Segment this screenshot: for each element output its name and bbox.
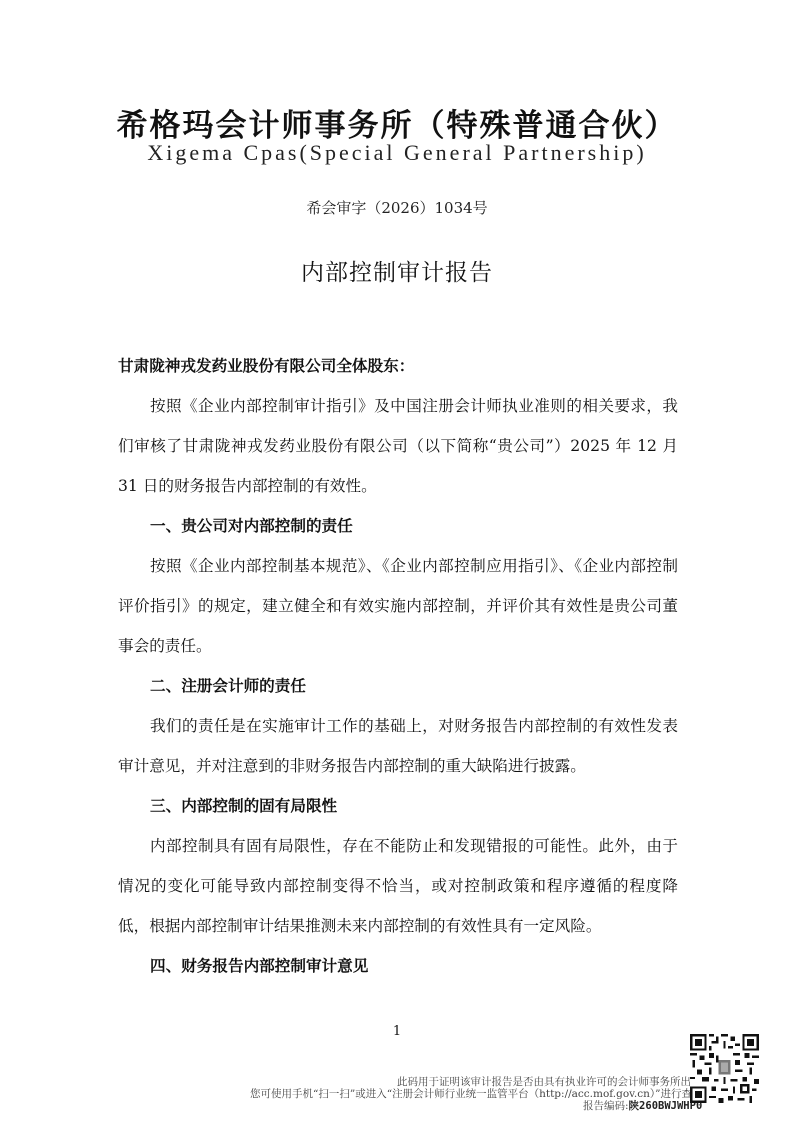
page-number: 1 (0, 1024, 794, 1039)
section-heading-3: 三、内部控制的固有局限性 (118, 786, 678, 826)
firm-name-en: Xigema Cpas(Special General Partnership) (0, 140, 794, 166)
section-heading-2: 二、注册会计师的责任 (118, 666, 678, 706)
report-body: 甘肃陇神戎发药业股份有限公司全体股东： 按照《企业内部控制审计指引》及中国注册会… (118, 346, 678, 986)
intro-paragraph: 按照《企业内部控制审计指引》及中国注册会计师执业准则的相关要求，我们审核了甘肃陇… (118, 386, 678, 506)
verify-note-line1: 此码用于证明该审计报告是否由具有执业许可的会计师事务所出具， (397, 1076, 712, 1088)
report-code: 报告编码:陕260BWJWHP0 (583, 1100, 702, 1112)
qr-code-icon[interactable] (690, 1034, 759, 1103)
report-code-label: 报告编码: (583, 1100, 629, 1112)
section-heading-4: 四、财务报告内部控制审计意见 (118, 946, 678, 986)
section-text-1: 按照《企业内部控制基本规范》、《企业内部控制应用指引》、《企业内部控制评价指引》… (118, 546, 678, 666)
section-heading-1: 一、贵公司对内部控制的责任 (118, 506, 678, 546)
document-page: 希格玛会计师事务所（特殊普通合伙） Xigema Cpas(Special Ge… (0, 0, 794, 1122)
salutation: 甘肃陇神戎发药业股份有限公司全体股东： (118, 346, 678, 386)
document-number: 希会审字（2026）1034号 (0, 197, 794, 218)
verify-note-line2: 您可使用手机“扫一扫”或进入“注册会计师行业统一监管平台（http://acc.… (250, 1088, 713, 1100)
section-text-3: 内部控制具有固有局限性，存在不能防止和发现错报的可能性。此外，由于情况的变化可能… (118, 826, 678, 946)
report-title: 内部控制审计报告 (0, 254, 794, 287)
firm-name-cn: 希格玛会计师事务所（特殊普通合伙） (0, 100, 794, 145)
section-text-2: 我们的责任是在实施审计工作的基础上，对财务报告内部控制的有效性发表审计意见，并对… (118, 706, 678, 786)
